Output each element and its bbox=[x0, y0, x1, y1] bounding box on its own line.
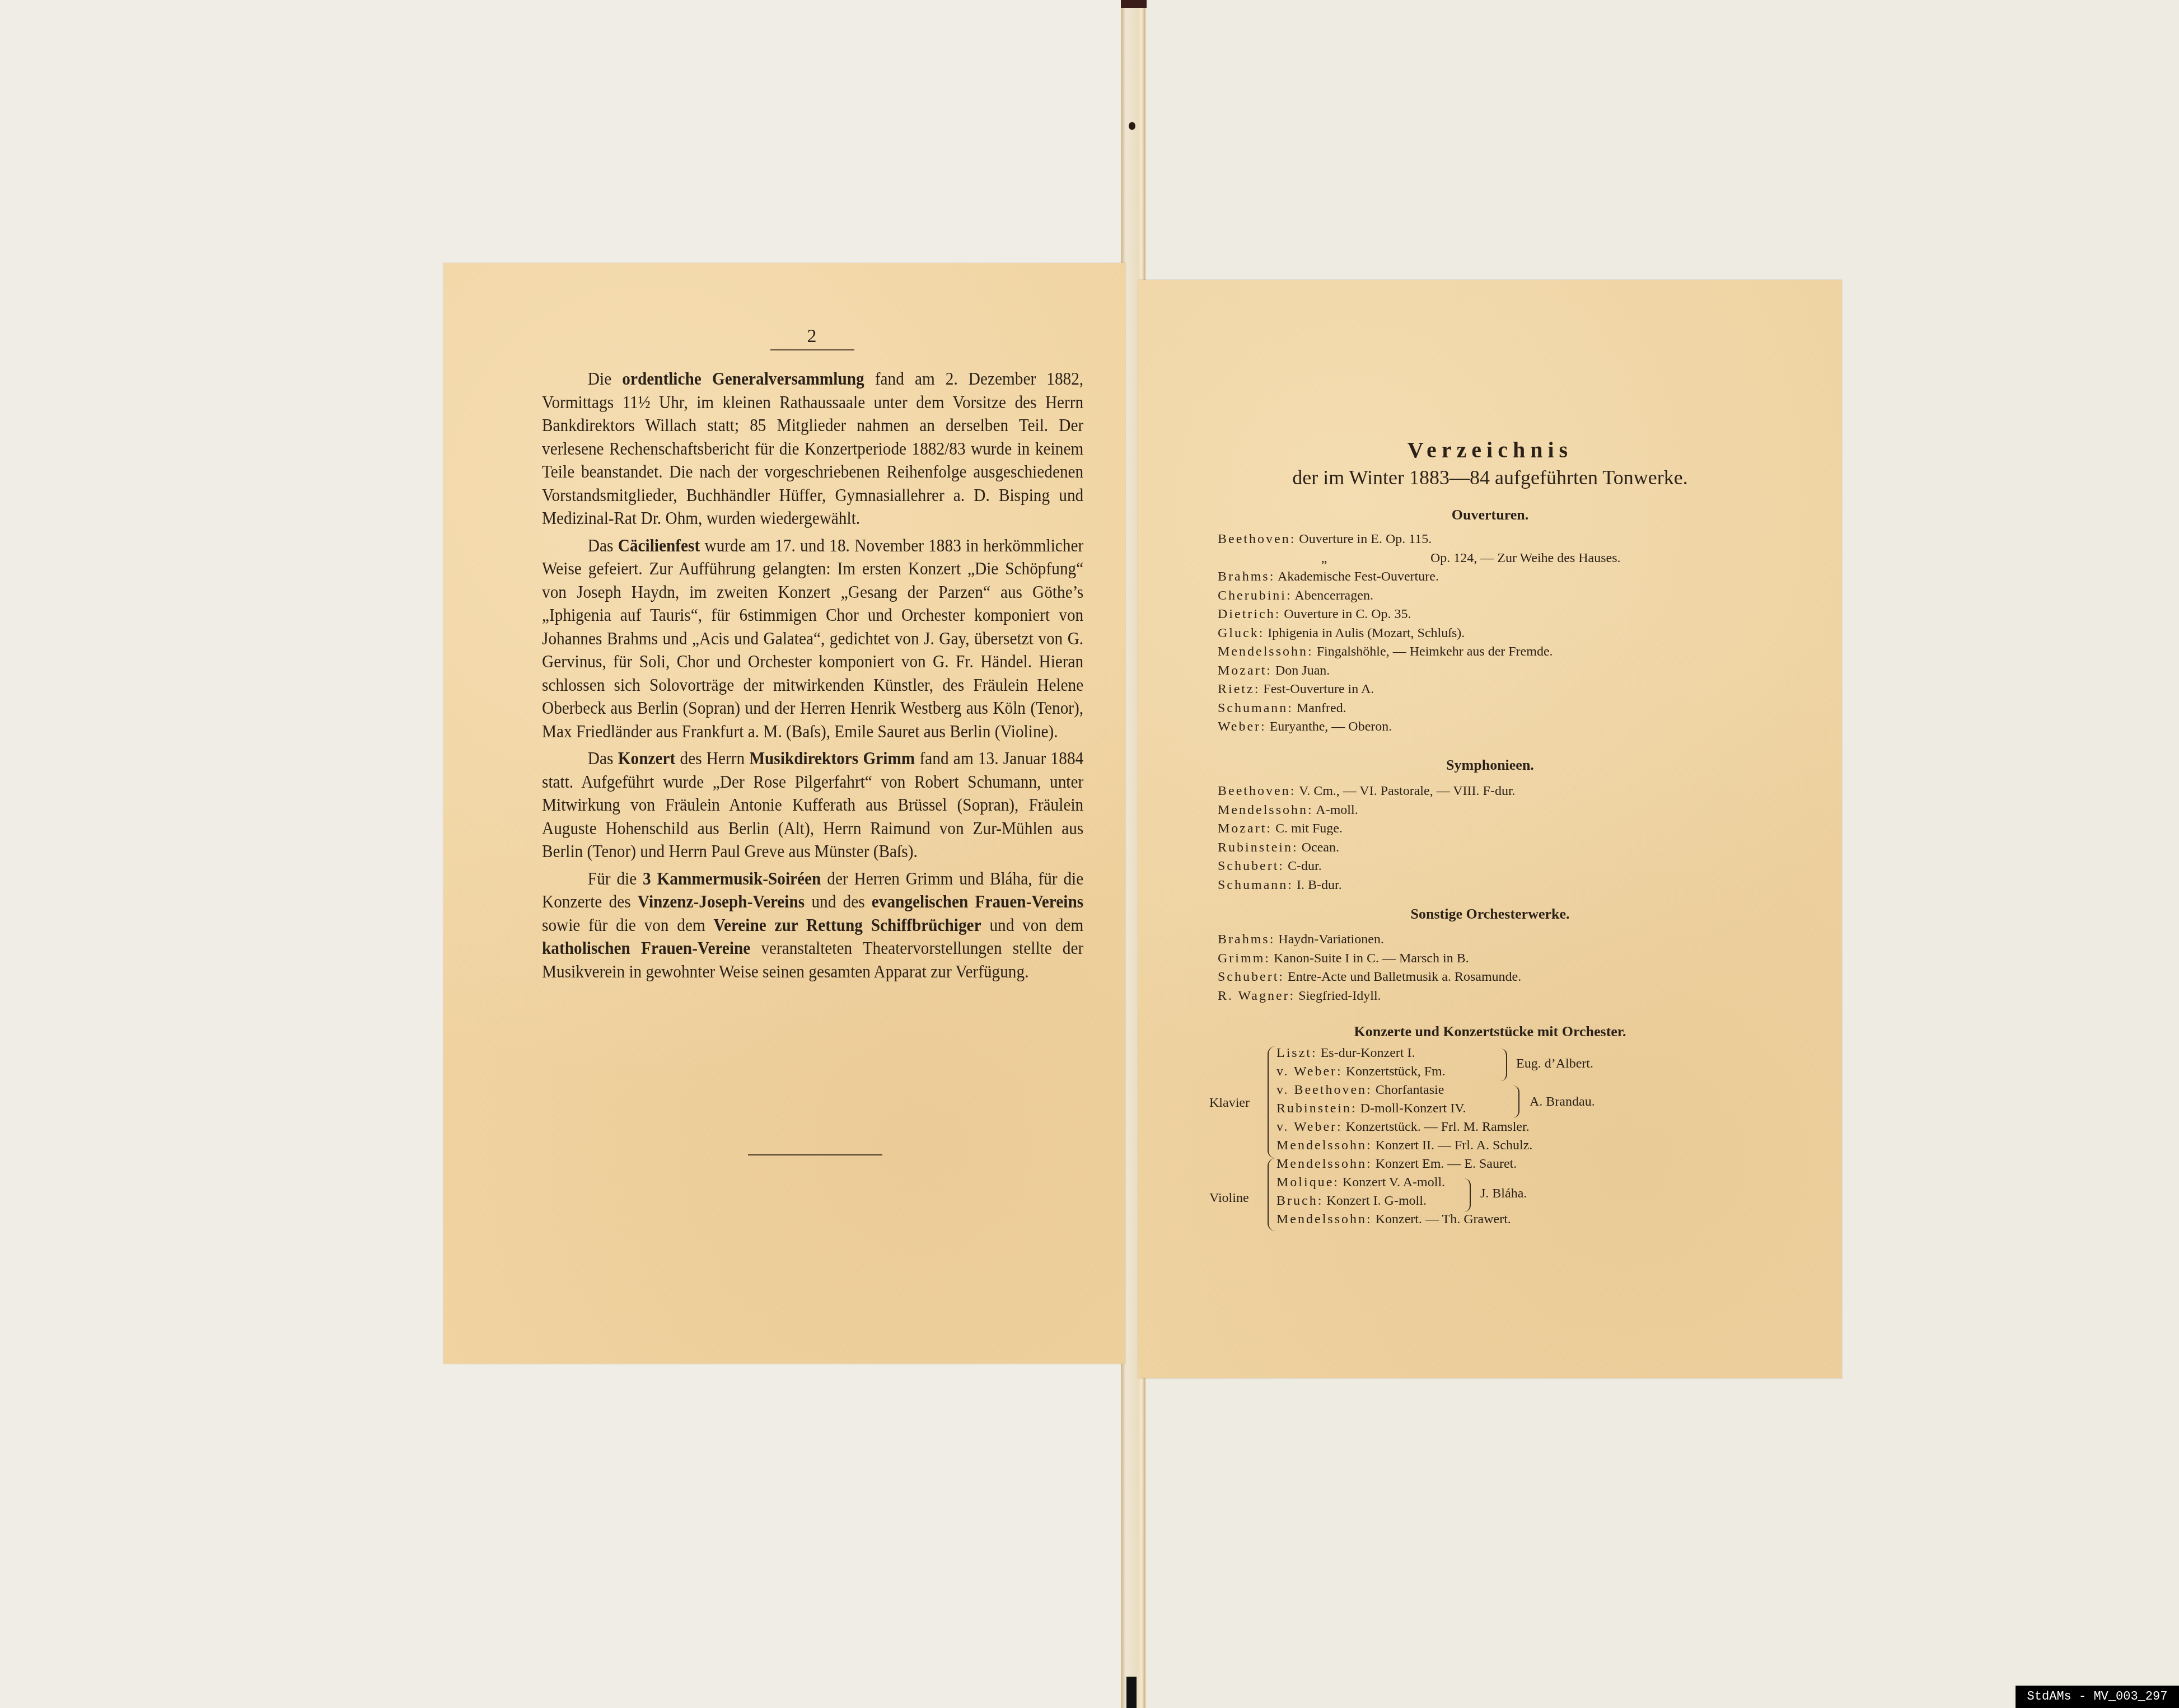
list-item: Beethoven: Ouverture in E. Op. 115. bbox=[1218, 530, 1811, 549]
list-item: Schumann: Manfred. bbox=[1218, 699, 1811, 718]
list-item: Mozart: C. mit Fuge. bbox=[1218, 820, 1811, 839]
left-page-body: Die ordentliche Generalversammlung fand … bbox=[542, 367, 1083, 987]
list-item: Mendelssohn: Konzert II. — Frl. A. Schul… bbox=[1276, 1136, 1532, 1155]
list-item: v. Weber: Konzertstück. — Frl. M. Ramsle… bbox=[1276, 1118, 1530, 1136]
list-item: Mendelssohn: Fingalshöhle, — Heimkehr au… bbox=[1218, 643, 1811, 662]
list-item: Rubinstein: Ocean. bbox=[1218, 839, 1811, 858]
section-symphonieen: Beethoven: V. Cm., — VI. Pastorale, — VI… bbox=[1218, 782, 1811, 895]
paragraph-kammermusik: Für die 3 Kammermusik-Soiréen der Herren… bbox=[542, 867, 1083, 984]
right-brace-dalbert bbox=[1500, 1049, 1507, 1081]
end-rule bbox=[748, 1154, 882, 1155]
group-label-violine: Violine bbox=[1209, 1191, 1249, 1206]
left-brace-violine bbox=[1268, 1158, 1275, 1231]
performer-blaha: J. Bláha. bbox=[1480, 1186, 1527, 1201]
list-item: Brahms: Haydn-Variationen. bbox=[1218, 930, 1811, 949]
list-item: Grimm: Kanon-Suite I in C. — Marsch in B… bbox=[1218, 949, 1811, 968]
section-orchesterwerke: Brahms: Haydn-Variationen. Grimm: Kanon-… bbox=[1218, 930, 1811, 1005]
list-subtitle: der im Winter 1883—84 aufgeführten Tonwe… bbox=[1138, 466, 1842, 489]
section-heading-ouverturen: Ouverturen. bbox=[1138, 507, 1842, 523]
page-number-rule bbox=[770, 349, 854, 350]
performer-brandau: A. Brandau. bbox=[1530, 1094, 1595, 1110]
list-item: R. Wagner: Siegfried-Idyll. bbox=[1218, 987, 1811, 1006]
spine-top-cap bbox=[1121, 0, 1147, 8]
list-item: Liszt: Es-dur-Konzert I. bbox=[1276, 1044, 1415, 1063]
list-item: Rubinstein: D-moll-Konzert IV. bbox=[1276, 1099, 1466, 1118]
list-item: Schumann: I. B-dur. bbox=[1218, 876, 1811, 895]
list-item: Brahms: Akademische Fest-Ouverture. bbox=[1218, 568, 1811, 587]
section-ouverturen: Beethoven: Ouverture in E. Op. 115. „Op.… bbox=[1218, 530, 1811, 737]
list-item: Bruch: Konzert I. G-moll. bbox=[1276, 1192, 1427, 1210]
list-item: Mendelssohn: Konzert. — Th. Grawert. bbox=[1276, 1210, 1511, 1229]
paragraph-konzert-grimm: Das Konzert des Herrn Musikdirektors Gri… bbox=[542, 747, 1083, 863]
archive-id-label: StdAMs - MV_003_297 bbox=[2016, 1686, 2179, 1708]
performer-dalbert: Eug. d’Albert. bbox=[1516, 1056, 1593, 1071]
list-item: Cherubini: Abencerragen. bbox=[1218, 587, 1811, 606]
list-item: Dietrich: Ouverture in C. Op. 35. bbox=[1218, 605, 1811, 624]
list-item: Beethoven: V. Cm., — VI. Pastorale, — VI… bbox=[1218, 782, 1811, 801]
spine-stain bbox=[1129, 122, 1135, 130]
list-item: Mozart: Don Juan. bbox=[1218, 662, 1811, 681]
section-konzerte: Klavier Liszt: Es-dur-Konzert I. v. Webe… bbox=[1209, 1044, 1825, 1246]
section-heading-orchesterwerke: Sonstige Orchesterwerke. bbox=[1138, 906, 1842, 923]
list-item: Gluck: Iphigenia in Aulis (Mozart, Schlu… bbox=[1218, 624, 1811, 643]
list-item: Schubert: Entre-Acte und Balletmusik a. … bbox=[1218, 968, 1811, 987]
list-item: Mendelssohn: A-moll. bbox=[1218, 801, 1811, 820]
list-item: v. Beethoven: Chorfantasie bbox=[1276, 1081, 1444, 1099]
paragraph-caecilienfest: Das Cäcilienfest wurde am 17. und 18. No… bbox=[542, 534, 1083, 743]
group-label-klavier: Klavier bbox=[1209, 1096, 1250, 1111]
list-item: Mendelssohn: Konzert Em. — E. Sauret. bbox=[1276, 1155, 1517, 1173]
page-number: 2 bbox=[767, 326, 857, 347]
ditto-mark: „ bbox=[1218, 549, 1430, 568]
list-title: Verzeichnis bbox=[1138, 437, 1842, 463]
list-item: „Op. 124, — Zur Weihe des Hauses. bbox=[1218, 549, 1811, 568]
right-brace-blaha bbox=[1464, 1178, 1471, 1212]
list-item: Rietz: Fest-Ouverture in A. bbox=[1218, 680, 1811, 699]
list-item: Weber: Euryanthe, — Oberon. bbox=[1218, 718, 1811, 737]
spine-bottom-cap bbox=[1126, 1677, 1137, 1708]
section-heading-symphonieen: Symphonieen. bbox=[1138, 757, 1842, 774]
list-item: Molique: Konzert V. A-moll. bbox=[1276, 1173, 1445, 1192]
list-item: v. Weber: Konzertstück, Fm. bbox=[1276, 1063, 1446, 1081]
right-brace-brandau bbox=[1513, 1085, 1519, 1118]
section-heading-konzerte: Konzerte und Konzertstücke mit Orchester… bbox=[1138, 1023, 1842, 1040]
paragraph-generalversammlung: Die ordentliche Generalversammlung fand … bbox=[542, 367, 1083, 530]
list-item: Schubert: C-dur. bbox=[1218, 857, 1811, 876]
left-brace-klavier bbox=[1268, 1046, 1275, 1158]
